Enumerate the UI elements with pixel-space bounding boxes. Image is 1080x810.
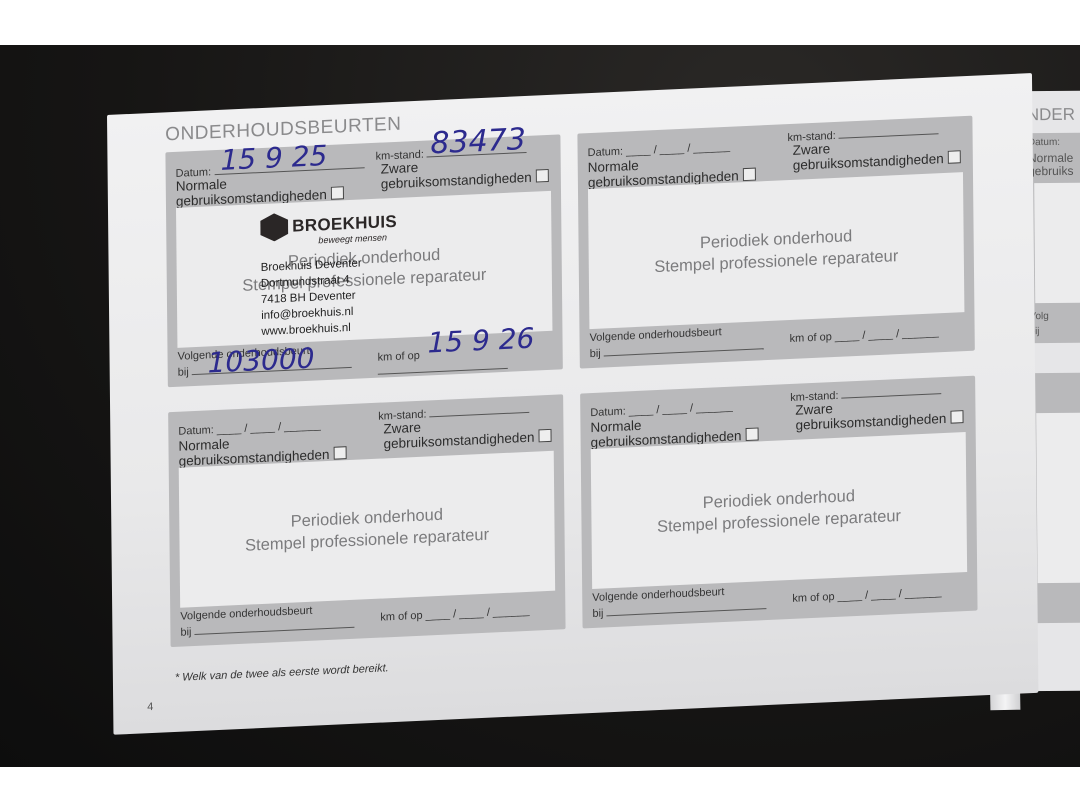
- service-card-2: Datum: ____ / ____ / ______ km-stand: No…: [577, 116, 974, 369]
- zware-option: Zwaregebruiksomstandigheden: [795, 396, 963, 433]
- left-page: ONDERHOUDSBEURTEN Datum: km-stand: Norma…: [107, 73, 1038, 735]
- datum-label: Datum:: [588, 146, 624, 160]
- date-blank: ____ / ____ / ______: [835, 326, 939, 343]
- footnote: * Welk van de twee als eerste wordt bere…: [175, 662, 389, 684]
- handwritten-next-km: 103000: [207, 342, 314, 380]
- stamp-placeholder: Periodiek onderhoudStempel professionele…: [591, 480, 966, 541]
- page-number: 4: [147, 701, 153, 713]
- zware-checkbox[interactable]: [948, 150, 961, 164]
- bij-label: bij: [178, 366, 189, 378]
- zware-option: Zwaregebruiksomstandigheden: [381, 155, 549, 192]
- logo-tagline: beweegt mensen: [318, 232, 387, 245]
- stamp-area: Periodiek onderhoudStempel professionele…: [588, 172, 964, 329]
- bij-label: bij: [180, 626, 191, 638]
- stamp-area: Periodiek onderhoudStempel professionele…: [591, 432, 967, 589]
- zware-checkbox[interactable]: [536, 169, 549, 183]
- km-of-op-label: km of op: [790, 331, 832, 345]
- handwritten-km-stand: 83473: [430, 122, 526, 161]
- zware-label: Zware: [381, 160, 419, 177]
- zware-checkbox[interactable]: [950, 410, 963, 424]
- datum-label: Datum:: [178, 424, 214, 438]
- handwritten-next-date: 15 9 26: [427, 322, 534, 360]
- date-blank: ____ / ____ / ______: [426, 605, 530, 622]
- dealer-address: Broekhuis Deventer Dortmundstraat 4 7418…: [261, 255, 363, 340]
- normale-checkbox[interactable]: [743, 168, 756, 182]
- stamp-area: Periodiek onderhoudStempel professionele…: [179, 451, 555, 608]
- service-card-4: Datum: ____ / ____ / ______ km-stand: No…: [580, 376, 977, 629]
- date-blank: ____ / ____ / ______: [838, 586, 942, 603]
- km-of-op-label: km of op: [380, 610, 422, 624]
- handwritten-datum: 15 9 25: [220, 139, 327, 177]
- zware-label: Zware: [383, 420, 421, 437]
- right-normale-label-2: gebruiks: [1028, 164, 1073, 178]
- zware-option: Zwaregebruiksomstandigheden: [793, 136, 961, 173]
- km-of-op-field[interactable]: km of op ____ / ____ / ______: [792, 586, 941, 605]
- stamp-placeholder: Periodiek onderhoudStempel professionele…: [179, 499, 554, 560]
- dealer-web: www.broekhuis.nl: [261, 319, 362, 340]
- zware-option: Zwaregebruiksomstandigheden: [383, 415, 551, 452]
- normale-checkbox[interactable]: [745, 427, 758, 441]
- km-of-op-field[interactable]: km of op ____ / ____ / ______: [790, 326, 939, 345]
- km-of-op-field[interactable]: km of op ____ / ____ / ______: [380, 605, 529, 624]
- service-card-3: Datum: ____ / ____ / ______ km-stand: No…: [168, 394, 565, 647]
- right-stamp-area: [1034, 182, 1080, 303]
- service-card-1: Datum: km-stand: Normalegebruiksomstandi…: [165, 134, 562, 387]
- datum-label: Datum:: [590, 405, 626, 419]
- km-of-op-label: km of op: [792, 591, 834, 605]
- normale-checkbox[interactable]: [331, 186, 344, 200]
- hexagon-logo-icon: [260, 213, 288, 242]
- stamp-placeholder: Periodiek onderhoudStempel professionele…: [588, 220, 963, 281]
- zware-label: Zware: [793, 141, 831, 158]
- right-stamp-area-2: [1036, 412, 1080, 583]
- normale-checkbox[interactable]: [333, 446, 346, 460]
- bij-label: bij: [590, 348, 601, 360]
- zware-checkbox[interactable]: [538, 429, 551, 443]
- photo-background: ONDER Datum: Normale gebruiks Volg bij O…: [0, 45, 1080, 767]
- zware-label: Zware: [795, 401, 833, 418]
- bij-label: bij: [592, 607, 603, 619]
